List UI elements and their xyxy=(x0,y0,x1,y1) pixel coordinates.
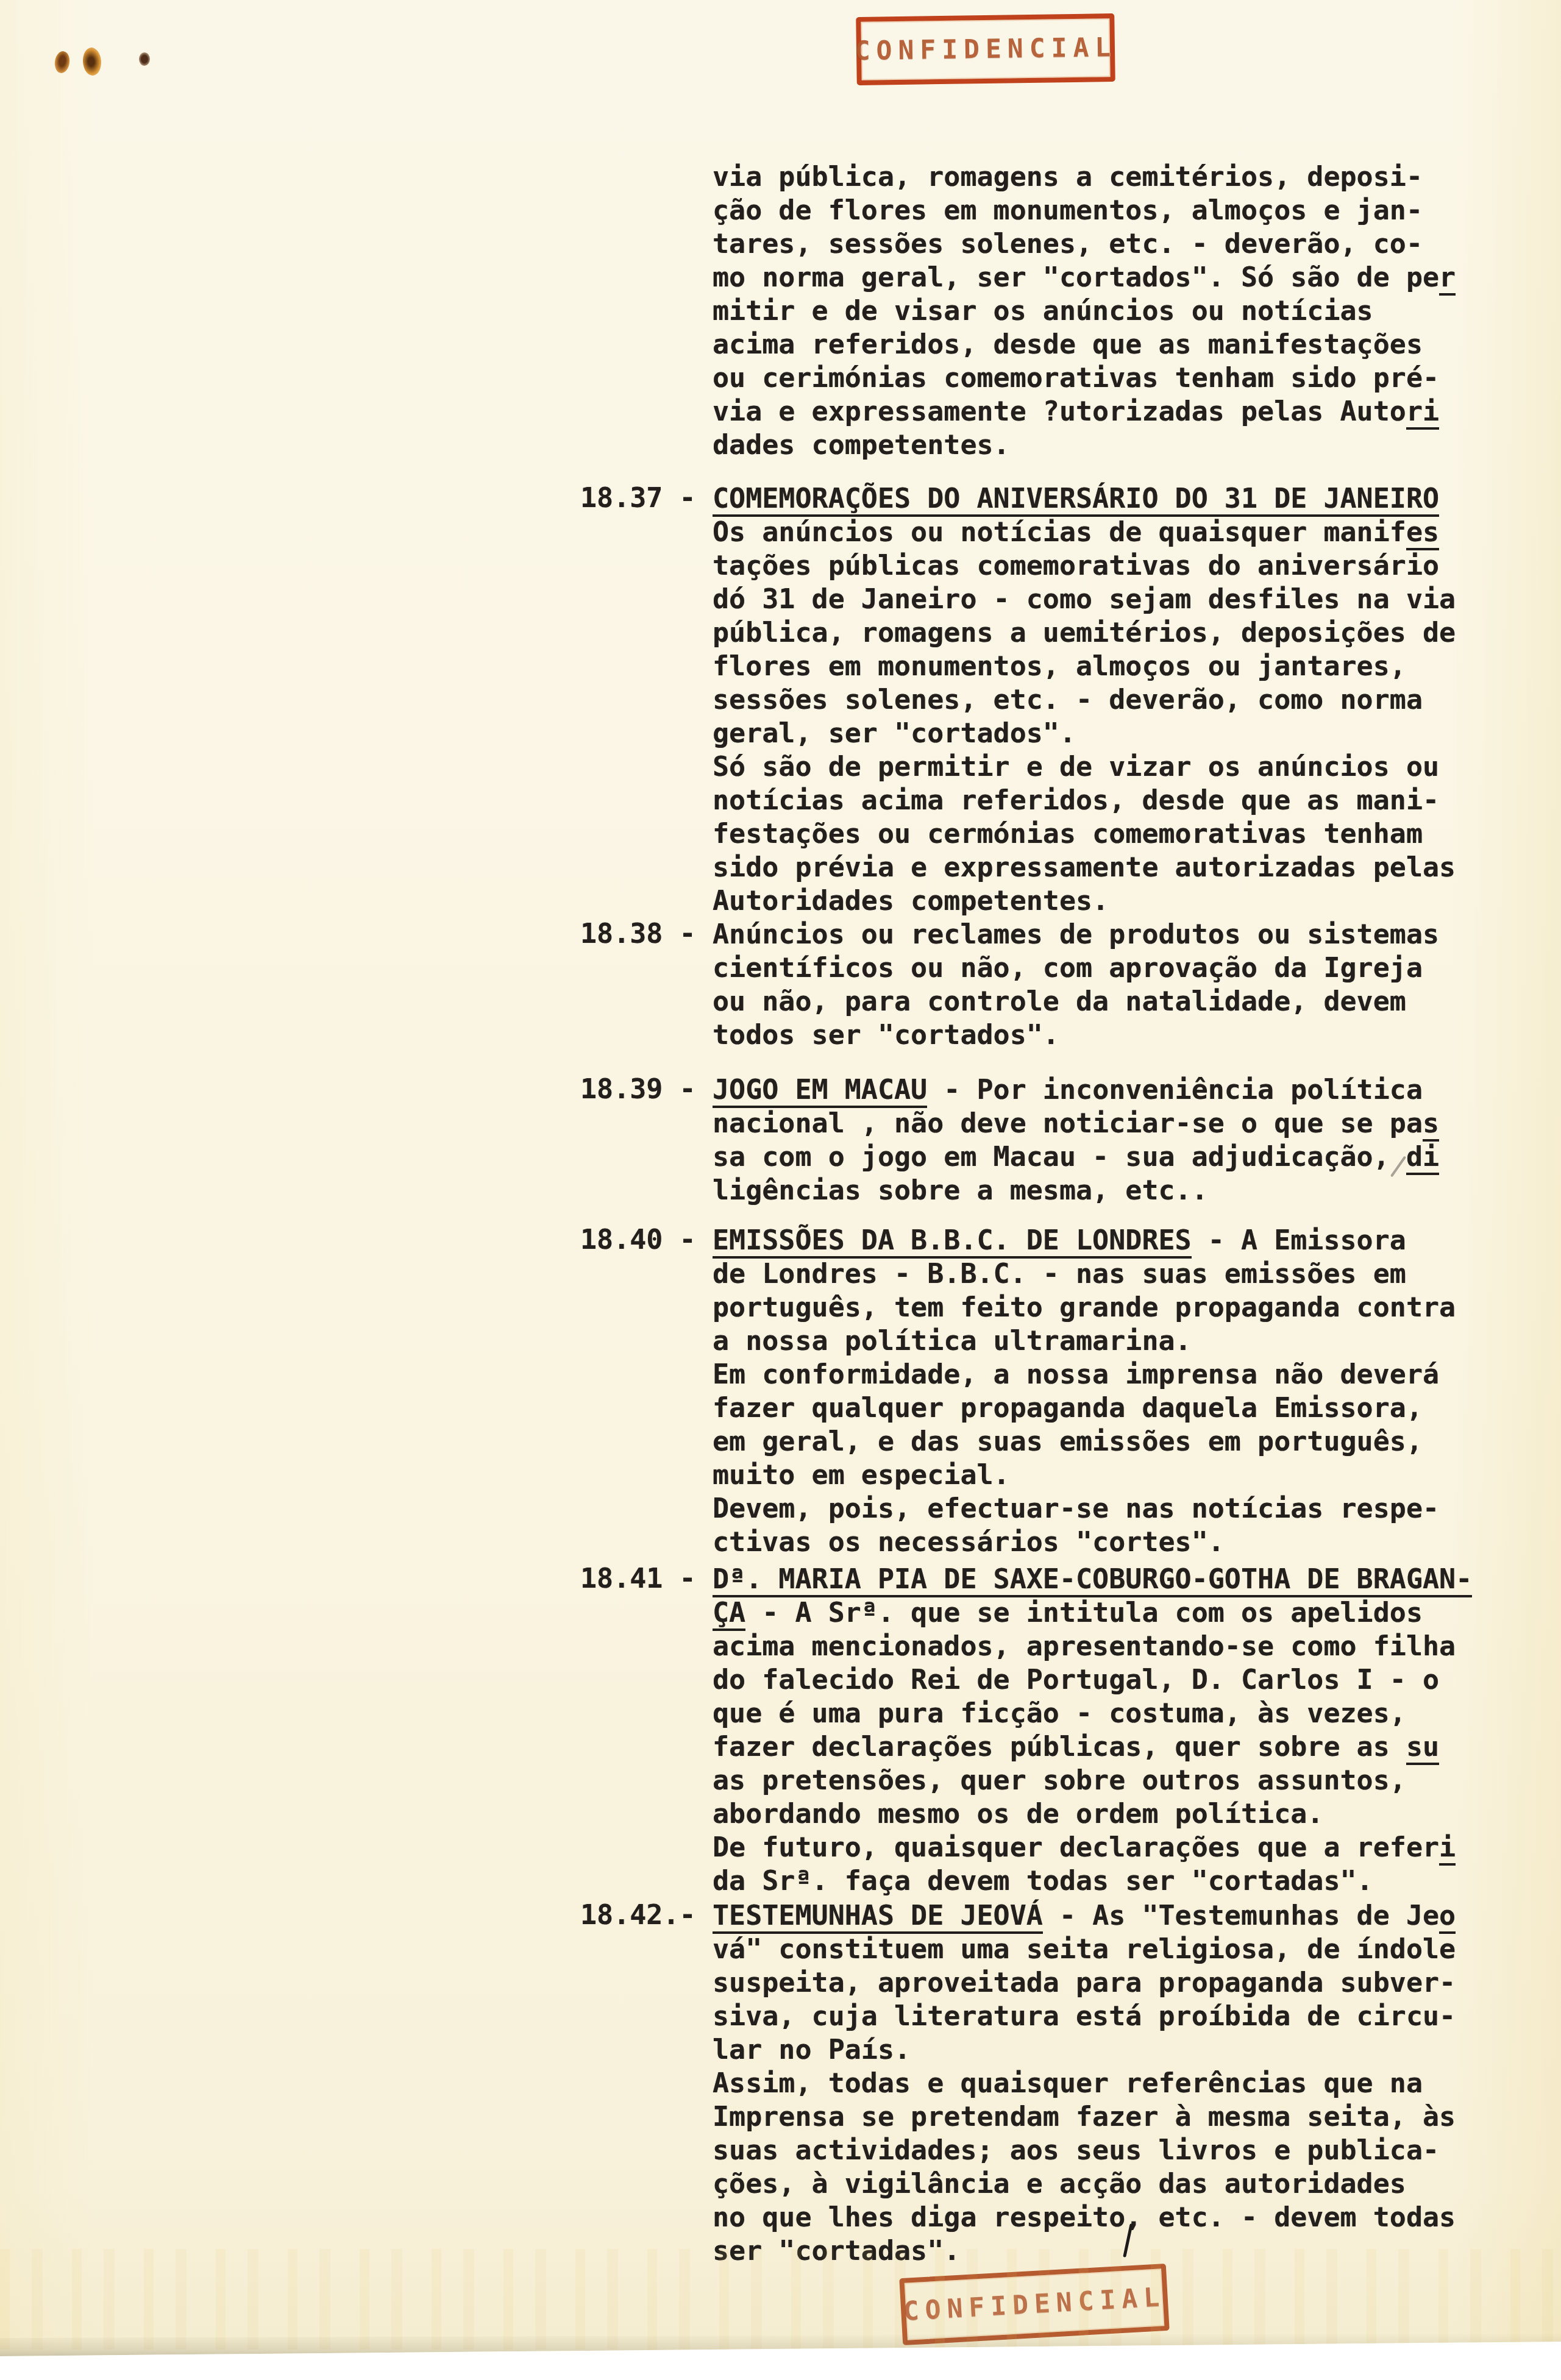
text-line: lar no País. xyxy=(713,2033,1561,2066)
text-line: ções, à vigilância e acção das autoridad… xyxy=(713,2167,1561,2200)
text-line: EMISSÕES DA B.B.C. DE LONDRES - A Emisso… xyxy=(713,1223,1561,1257)
text-line: notícias acima referidos, desde que as m… xyxy=(713,783,1561,817)
section-18-37: 18.37 -COMEMORAÇÕES DO ANIVERSÁRIO DO 31… xyxy=(580,481,1561,917)
text-line: JOGO EM MACAU - Por inconveniência polít… xyxy=(713,1073,1561,1106)
text-line: via pública, romagens a cemitérios, depo… xyxy=(713,160,1561,193)
text-line: suas actividades; aos seus livros e publ… xyxy=(713,2133,1561,2167)
text-line: fazer declarações públicas, quer sobre a… xyxy=(713,1730,1561,1763)
text-line: fazer qualquer propaganda daquela Emisso… xyxy=(713,1391,1561,1424)
text-line: Em conformidade, a nossa imprensa não de… xyxy=(713,1357,1561,1391)
text-line: pública, romagens a uemitérios, deposiçõ… xyxy=(713,616,1561,649)
section-18-41: 18.41 -Dª. MARIA PIA DE SAXE-COBURGO-GOT… xyxy=(580,1562,1561,1897)
text-line: siva, cuja literatura está proíbida de c… xyxy=(713,1999,1561,2033)
text-line: acima referidos, desde que as manifestaç… xyxy=(713,327,1561,361)
document-body: via pública, romagens a cemitérios, depo… xyxy=(0,0,1561,2380)
text-line: que é uma pura ficção - costuma, às veze… xyxy=(713,1696,1561,1730)
text-line: festações ou cermónias comemorativas ten… xyxy=(713,817,1561,850)
text-line: ÇA - A Srª. que se intitula com os apeli… xyxy=(713,1596,1561,1629)
section-18-42: 18.42.-TESTEMUNHAS DE JEOVÁ - As "Testem… xyxy=(580,1899,1561,2267)
text-line: Imprensa se pretendam fazer à mesma seit… xyxy=(713,2100,1561,2133)
text-line: Devem, pois, efectuar-se nas notícias re… xyxy=(713,1491,1561,1525)
text-line: sa com o jogo em Macau - sua adjudicação… xyxy=(713,1140,1561,1173)
text-line: De futuro, quaisquer declarações que a r… xyxy=(713,1830,1561,1864)
text-line: via e expressamente ?utorizadas pelas Au… xyxy=(713,394,1561,428)
text-line: suspeita, aproveitada para propaganda su… xyxy=(713,1966,1561,1999)
text-line: COMEMORAÇÕES DO ANIVERSÁRIO DO 31 DE JAN… xyxy=(713,481,1561,515)
section-number: 18.38 - xyxy=(580,917,696,950)
text-line: de Londres - B.B.C. - nas suas emissões … xyxy=(713,1257,1561,1290)
text-line: geral, ser "cortados". xyxy=(713,716,1561,750)
text-line: do falecido Rei de Portugal, D. Carlos I… xyxy=(713,1663,1561,1696)
section-number: 18.37 - xyxy=(580,481,696,514)
text-line: Anúncios ou reclames de produtos ou sist… xyxy=(713,917,1561,951)
text-line: sessões solenes, etc. - deverão, como no… xyxy=(713,683,1561,716)
text-line: acima mencionados, apresentando-se como … xyxy=(713,1629,1561,1663)
section-number: 18.42.- xyxy=(580,1899,696,1931)
text-line: Assim, todas e quaisquer referências que… xyxy=(713,2066,1561,2100)
text-line: dades competentes. xyxy=(713,428,1561,461)
text-line: sido prévia e expressamente autorizadas … xyxy=(713,850,1561,884)
text-line: em geral, e das suas emissões em portugu… xyxy=(713,1424,1561,1458)
section-18-38: 18.38 -Anúncios ou reclames de produtos … xyxy=(580,917,1561,1051)
text-line: mo norma geral, ser "cortados". Só são d… xyxy=(713,260,1561,294)
text-line: as pretensões, quer sobre outros assunto… xyxy=(713,1763,1561,1797)
text-line: a nossa política ultramarina. xyxy=(713,1324,1561,1357)
text-line: Só são de permitir e de vizar os anúncio… xyxy=(713,750,1561,783)
text-line: tações públicas comemorativas do anivers… xyxy=(713,549,1561,582)
text-line: português, tem feito grande propaganda c… xyxy=(713,1290,1561,1324)
text-line: nacional , não deve noticiar-se o que se… xyxy=(713,1106,1561,1140)
text-line: mitir e de visar os anúncios ou notícias xyxy=(713,294,1561,327)
scanned-page: CONFIDENCIAL via pública, romagens a cem… xyxy=(0,0,1561,2380)
section-number: 18.39 - xyxy=(580,1073,696,1105)
text-line: da Srª. faça devem todas ser "cortadas". xyxy=(713,1864,1561,1897)
text-line: Autoridades competentes. xyxy=(713,884,1561,917)
section-18-39: 18.39 -JOGO EM MACAU - Por inconveniênci… xyxy=(580,1073,1561,1207)
text-line: flores em monumentos, almoços ou jantare… xyxy=(713,649,1561,683)
text-line: Os anúncios ou notícias de quaisquer man… xyxy=(713,515,1561,549)
section-number: 18.41 - xyxy=(580,1562,696,1594)
text-line: TESTEMUNHAS DE JEOVÁ - As "Testemunhas d… xyxy=(713,1899,1561,1932)
section-18-40: 18.40 -EMISSÕES DA B.B.C. DE LONDRES - A… xyxy=(580,1223,1561,1558)
section-number: 18.40 - xyxy=(580,1223,696,1256)
text-line: ou não, para controle da natalidade, dev… xyxy=(713,984,1561,1018)
text-line: no que lhes diga respeito, etc. - devem … xyxy=(713,2200,1561,2234)
text-line: tares, sessões solenes, etc. - deverão, … xyxy=(713,227,1561,260)
text-line: Dª. MARIA PIA DE SAXE-COBURGO-GOTHA DE B… xyxy=(713,1562,1561,1596)
text-line: ctivas os necessários "cortes". xyxy=(713,1525,1561,1558)
text-line: científicos ou não, com aprovação da Igr… xyxy=(713,951,1561,984)
text-line: todos ser "cortados". xyxy=(713,1018,1561,1051)
text-line: abordando mesmo os de ordem política. xyxy=(713,1797,1561,1830)
text-line: ção de flores em monumentos, almoços e j… xyxy=(713,193,1561,227)
text-line: vá" constituem uma seita religiosa, de í… xyxy=(713,1932,1561,1966)
section-intro: via pública, romagens a cemitérios, depo… xyxy=(580,160,1561,461)
text-line: muito em especial. xyxy=(713,1458,1561,1491)
text-line: dó 31 de Janeiro - como sejam desfiles n… xyxy=(713,582,1561,616)
text-line: ligências sobre a mesma, etc.. xyxy=(713,1173,1561,1207)
text-line: ou cerimónias comemorativas tenham sido … xyxy=(713,361,1561,394)
